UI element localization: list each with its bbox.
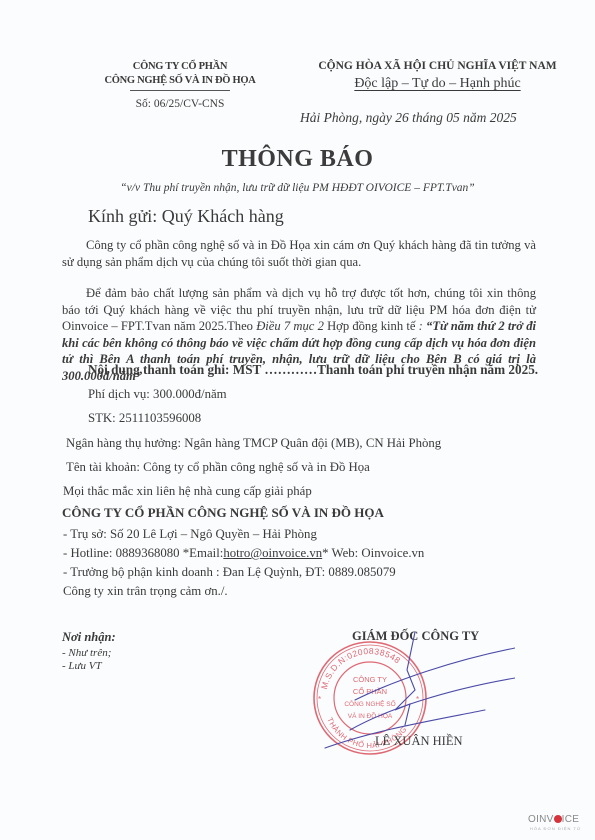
issuer-company-block: CÔNG TY CỔ PHẦN CÔNG NGHỆ SỐ VÀ IN ĐỒ HỌ… — [60, 60, 300, 91]
national-motto: Độc lập – Tự do – Hạnh phúc — [295, 74, 580, 94]
notice-text-cont: Hợp đồng kinh tế — [324, 319, 419, 333]
recipient-item: - Lưu VT — [62, 660, 102, 672]
signature-icon — [315, 630, 515, 750]
oinvoice-logo: OINVICE — [528, 814, 579, 825]
logo-dot-icon — [554, 815, 562, 823]
signer-name: LÊ XUÂN HIỀN — [375, 734, 462, 749]
sales-head-contact: - Trưởng bộ phận kinh doanh : Đan Lệ Quỳ… — [63, 565, 396, 580]
contact-address: - Trụ sở: Số 20 Lê Lợi – Ngô Quyền – Hải… — [63, 527, 317, 542]
logo-text-end: ICE — [562, 814, 580, 825]
logo-tagline: HÓA ĐƠN ĐIỆN TỬ — [530, 826, 581, 831]
web-text: * Web: Oinvoice.vn — [322, 546, 424, 560]
contact-hotline: - Hotline: 0889368080 *Email:hotro@oinvo… — [63, 546, 424, 561]
greeting: Kính gửi: Quý Khách hàng — [88, 206, 284, 227]
issuer-company-line2: CÔNG NGHỆ SỐ VÀ IN ĐỒ HỌA — [60, 74, 300, 88]
recipients-title: Nơi nhận: — [62, 630, 116, 645]
contract-reference: Điều 7 mục 2 — [256, 319, 324, 333]
account-number: STK: 2511103596008 — [88, 411, 201, 426]
header-divider — [130, 90, 230, 91]
payment-content-line: Nội dung thanh toán ghi: MST …………Thanh t… — [88, 362, 538, 378]
beneficiary-bank: Ngân hàng thụ hưởng: Ngân hàng TMCP Quân… — [66, 436, 441, 451]
logo-text: OINV — [528, 814, 554, 825]
account-name: Tên tài khoản: Công ty cổ phần công nghệ… — [66, 460, 370, 475]
nation-title: CỘNG HÒA XÃ HỘI CHỦ NGHĨA VIỆT NAM — [295, 58, 580, 74]
service-fee: Phí dịch vụ: 300.000đ/năm — [88, 387, 227, 402]
document-date: Hải Phòng, ngày 26 tháng 05 năm 2025 — [300, 110, 517, 126]
document-number: Số: 06/25/CV-CNS — [60, 98, 300, 110]
recipient-item: - Như trên; — [62, 647, 111, 659]
issuer-company-line1: CÔNG TY CỔ PHẦN — [60, 60, 300, 74]
national-header: CỘNG HÒA XÃ HỘI CHỦ NGHĨA VIỆT NAM Độc l… — [295, 58, 580, 94]
colon: : — [419, 319, 426, 333]
contact-company: CÔNG TY CỔ PHẦN CÔNG NGHỆ SỐ VÀ IN ĐỒ HỌ… — [62, 505, 384, 521]
intro-paragraph: Công ty cổ phần công nghệ số và in Đồ Họ… — [62, 237, 536, 270]
intro-text: Công ty cổ phần công nghệ số và in Đồ Họ… — [62, 238, 536, 269]
document-subject: “v/v Thu phí truyền nhận, lưu trữ dữ liệ… — [0, 182, 595, 194]
closing-thanks: Công ty xin trân trọng cảm ơn./. — [63, 584, 228, 599]
hotline-text: - Hotline: 0889368080 *Email: — [63, 546, 223, 560]
contact-intro: Mọi thắc mắc xin liên hệ nhà cung cấp gi… — [63, 484, 312, 499]
page-title: THÔNG BÁO — [0, 146, 595, 173]
email-link[interactable]: hotro@oinvoice.vn — [223, 546, 322, 560]
